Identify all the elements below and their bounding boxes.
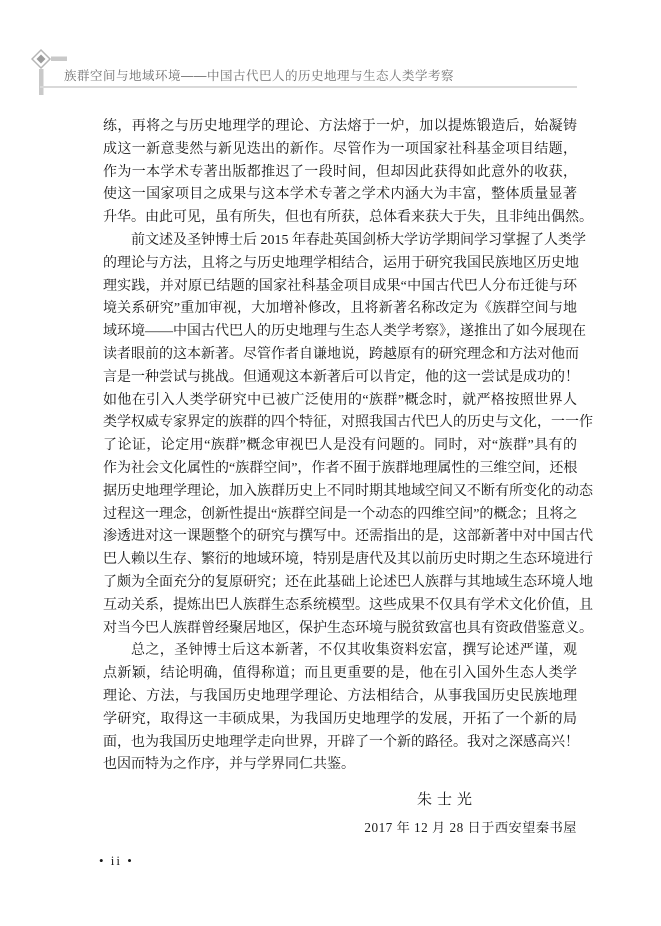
body-text: 练，再将之与历史地理学的理论、方法熔于一炉，加以提炼锻造后，始凝铸成这一新意斐然… [103,116,577,777]
body-line: 作为一本学术专著出版都推迟了一段时间，但却因此获得如此意外的收获， [103,162,577,185]
body-line: 巴人赖以生存、繁衍的地域环境，特别是唐代及其以前历史时期之生态环境进行 [103,549,577,572]
paragraph: 前文述及圣钟博士后 2015 年春赴英国剑桥大学访学期间学习掌握了人类学的理论与… [103,230,577,640]
body-line: 互动关系，提炼出巴人族群生态系统模型。这些成果不仅具有学术文化价值，且 [103,595,577,618]
running-header-title: 族群空间与地域环境——中国古代巴人的历史地理与生态人类学考察 [64,66,584,84]
body-line: 据历史地理学理论，加入族群历史上不同时期其地域空间又不断有所变化的动态 [103,481,577,504]
body-line: 使这一国家项目之成果与这本学术专著之学术内涵大为丰富，整体质量显著 [103,184,577,207]
body-line: 面，也为我国历史地理学走向世界，开辟了一个新的路径。我对之深感高兴！ [103,732,577,755]
body-line: 点新颖，结论明确，值得称道；而且更重要的是，他在引入国外生态人类学 [103,663,577,686]
body-line: 境关系研究”重加审视，大加增补修改，且将新著名称改定为《族群空间与地 [103,298,577,321]
body-line: 也因而特为之作序，并与学界同仁共鉴。 [103,754,577,777]
paragraph: 总之，圣钟博士后这本新著，不仅其收集资料宏富，撰写论述严谨，观点新颖，结论明确，… [103,640,577,777]
body-line: 渗透进对这一课题整个的研究与撰写中。还需指出的是，这部新著中对中国古代 [103,526,577,549]
body-line: 了颇为全面充分的复原研究；还在此基础上论述巴人族群与其地域生态环境人地 [103,572,577,595]
body-line: 言是一种尝试与挑战。但通观这本新著后可以肯定，他的这一尝试是成功的！ [103,367,577,390]
signature-dateline: 2017 年 12 月 28 日于西安望秦书屋 [103,817,577,836]
body-line: 理论、方法，与我国历史地理学理论、方法相结合，从事我国历史民族地理 [103,686,577,709]
body-line: 升华。由此可见，虽有所失，但也有所获，总体看来获大于失，且非纯出偶然。 [103,207,577,230]
book-page: 族群空间与地域环境——中国古代巴人的历史地理与生态人类学考察 练，再将之与历史地… [0,0,661,926]
body-line: 对当今巴人族群曾经聚居地区，保护生态环境与脱贫致富也具有资政借鉴意义。 [103,618,577,641]
paragraph: 练，再将之与历史地理学的理论、方法熔于一炉，加以提炼锻造后，始凝铸成这一新意斐然… [103,116,577,230]
body-line: 过程这一理念，创新性提出“族群空间是一个动态的四维空间”的概念；且将之 [103,504,577,527]
header-rule [40,86,577,88]
body-line: 理实践，并对原已结题的国家社科基金项目成果“中国古代巴人分布迁徙与环 [103,276,577,299]
body-line: 作为社会文化属性的“族群空间”，作者不囿于族群地理属性的三维空间，还根 [103,458,577,481]
body-line: 类学权威专家界定的族群的四个特征，对照我国古代巴人的历史与文化，一一作 [103,412,577,435]
body-line: 前文述及圣钟博士后 2015 年春赴英国剑桥大学访学期间学习掌握了人类学 [103,230,577,253]
body-line: 的理论与方法，且将之与历史地理学相结合，运用于研究我国民族地区历史地 [103,253,577,276]
body-line: 读者眼前的这本新著。尽管作者自谦地说，跨越原有的研究理念和方法对他而 [103,344,577,367]
body-line: 了论证，论定用“族群”概念审视巴人是没有问题的。同时，对“族群”具有的 [103,435,577,458]
body-line: 域环境——中国古代巴人的历史地理与生态人类学考察》，遂推出了如今展现在 [103,321,577,344]
body-line: 学研究，取得这一丰硕成果，为我国历史地理学的发展，开拓了一个新的局 [103,709,577,732]
body-line: 成这一新意斐然与新见迭出的新作。尽管作为一项国家社科基金项目结题， [103,139,577,162]
body-line: 练，再将之与历史地理学的理论、方法熔于一炉，加以提炼锻造后，始凝铸 [103,116,577,139]
page-number: • ii • [99,853,134,869]
body-line: 总之，圣钟博士后这本新著，不仅其收集资料宏富，撰写论述严谨，观 [103,640,577,663]
author-signature: 朱士光 [103,788,577,809]
body-line: 如他在引入人类学研究中已被广泛使用的“族群”概念时，就严格按照世界人 [103,390,577,413]
